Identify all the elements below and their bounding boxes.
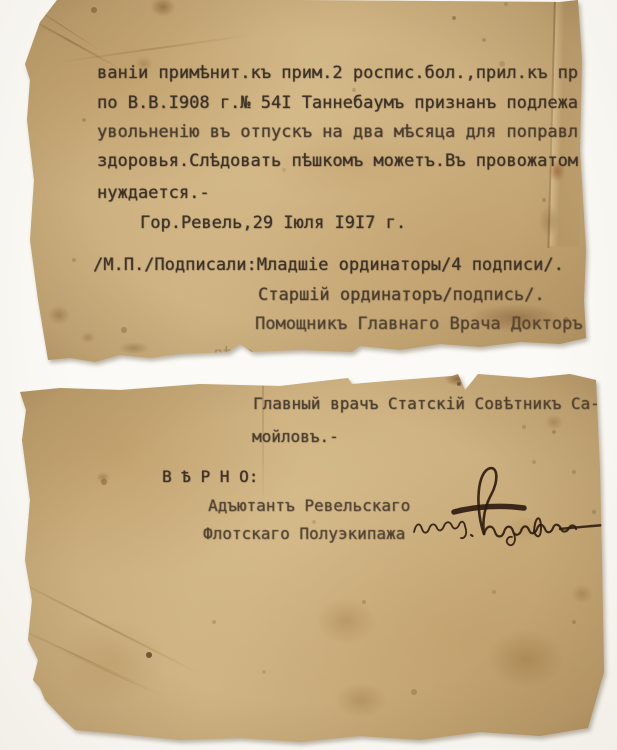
- paper-top: ваніи примѣнит.къ прим.2 роспис.бол.,при…: [22, 0, 590, 364]
- scanned-document: ваніи примѣнит.къ прим.2 роспис.бол.,при…: [0, 0, 617, 750]
- paper-bottom: Главный врачъ Статскій Совѣтникъ Са- мой…: [12, 370, 608, 744]
- paper-edge-shading: [12, 370, 608, 744]
- paper-edge-shading: [22, 0, 590, 364]
- document-fragment-top: ваніи примѣнит.къ прим.2 роспис.бол.,при…: [22, 0, 590, 364]
- document-fragment-bottom: Главный врачъ Статскій Совѣтникъ Са- мой…: [12, 370, 608, 744]
